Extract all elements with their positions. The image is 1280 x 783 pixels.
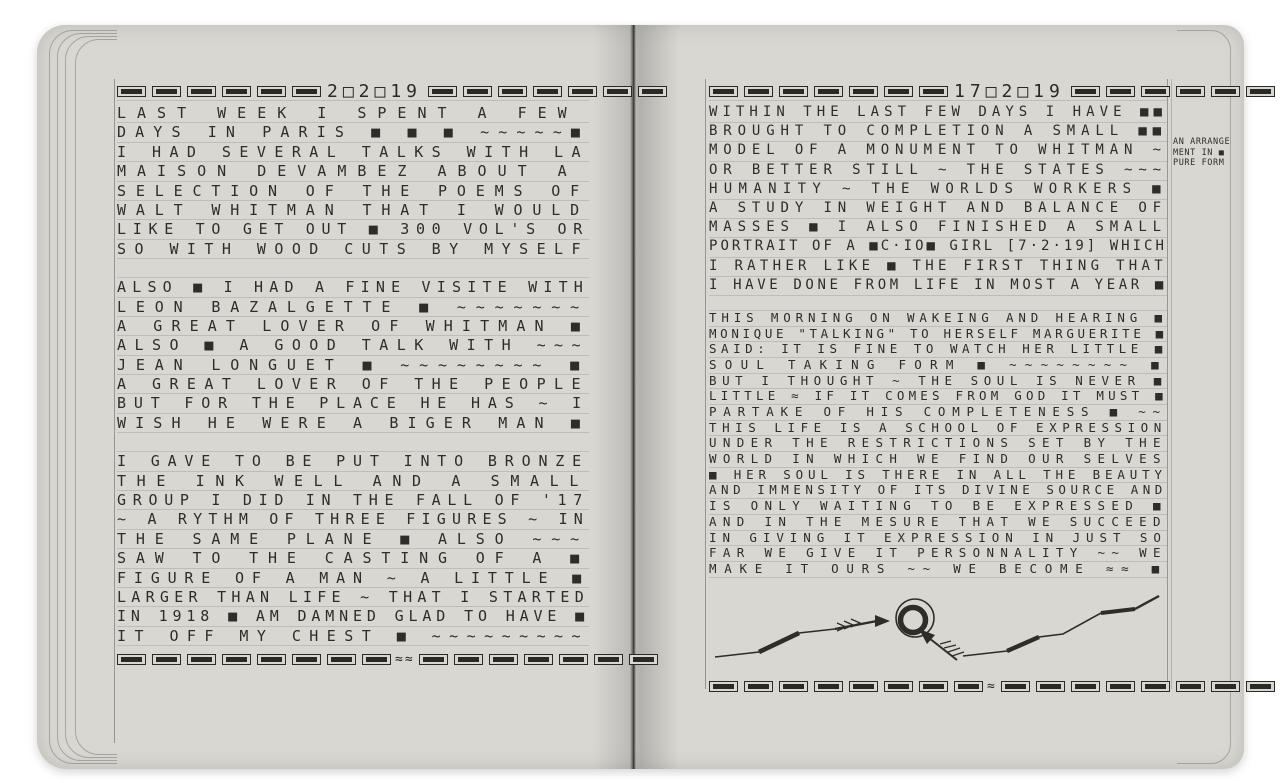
left-page-margin-line: [114, 79, 115, 743]
handwritten-line: SOUL TAKING FORM ■ ~~~~~~~~ ■: [709, 358, 1167, 374]
ornament-block: [1246, 681, 1275, 692]
zigzag-ornament: ≈≈: [391, 652, 419, 667]
handwritten-line: MASSES ■ I ALSO FINISHED A SMALL: [709, 219, 1167, 238]
handwritten-line: AND IN THE MESURE THAT WE SUCCEED: [709, 515, 1167, 531]
ornament-block: [362, 654, 391, 665]
ornament-block: [257, 654, 286, 665]
ornament-block: [559, 654, 588, 665]
handwritten-line: AND IMMENSITY OF ITS DIVINE SOURCE AND: [709, 483, 1167, 499]
ornament-block: [428, 86, 457, 97]
ornament-blocks: [117, 86, 321, 97]
ornament-block: [1246, 86, 1275, 97]
ornament-block: [884, 86, 913, 97]
ornament-block: [1106, 86, 1135, 97]
handwritten-line: THE SAME PLANE ■ ALSO ~~~: [117, 530, 589, 549]
margin-note: AN ARRANGE MENT IN ■ PURE FORM: [1173, 137, 1273, 169]
handwritten-line: UNDER THE RESTRICTIONS SET BY THE: [709, 436, 1167, 452]
ornament-block: [419, 654, 448, 665]
ornament-block: [638, 86, 667, 97]
ornament-block: [498, 86, 527, 97]
ornament-block: [463, 86, 492, 97]
ornament-block: [1176, 86, 1205, 97]
ornament-block: [1071, 681, 1100, 692]
ornament-block: [814, 86, 843, 97]
right-paragraph-2: THIS MORNING ON WAKEING AND HEARING ■MON…: [709, 311, 1167, 578]
handwritten-line: WALT WHITMAN THAT I WOULD: [117, 201, 589, 220]
handwritten-line: ~ A RYTHM OF THREE FIGURES ~ IN: [117, 510, 589, 529]
ornament-block: [709, 86, 738, 97]
handwritten-line: MAKE IT OURS ~~ WE BECOME ≈≈ ■: [709, 562, 1167, 578]
handwritten-line: I HAVE DONE FROM LIFE IN MOST A YEAR ■: [709, 277, 1167, 296]
scanned-journal-photo: 2□2□19 LAST WEEK I SPENT A FEWDAYS IN PA…: [0, 0, 1280, 783]
ornament-block: [257, 86, 286, 97]
handwritten-line: IN 1918 ■ AM DAMNED GLAD TO HAVE ■: [117, 607, 589, 626]
left-header-ornament-row: 2□2□19: [117, 83, 589, 101]
ornament-blocks: [1071, 86, 1280, 97]
ornament-block: [152, 654, 181, 665]
handwritten-line: ALSO ■ A GOOD TALK WITH ~~~: [117, 336, 589, 355]
handwritten-line: OR BETTER STILL ~ THE STATES ~~~: [709, 162, 1167, 181]
ornament-blocks: [428, 86, 667, 97]
handwritten-line: A GREAT LOVER OF THE PEOPLE: [117, 375, 589, 394]
handwritten-line: DAYS IN PARIS ■ ■ ■ ~~~~~■: [117, 123, 589, 142]
ornament-block: [779, 86, 808, 97]
handwritten-line: MODEL OF A MONUMENT TO WHITMAN ~: [709, 142, 1167, 161]
handwritten-line: I RATHER LIKE ■ THE FIRST THING THAT: [709, 258, 1167, 277]
ornament-blocks: [1001, 681, 1275, 692]
right-page-content: 17□2□19 WITHIN THE LAST FEW DAYS I HAVE …: [709, 82, 1167, 698]
handwritten-line: I GAVE TO BE PUT INTO BRONZE: [117, 452, 589, 471]
ornament-block: [849, 681, 878, 692]
ornament-block: [1176, 681, 1205, 692]
handwritten-line: JEAN LONGUET ■ ~~~~~~~~ ■: [117, 356, 589, 375]
ornament-block: [919, 681, 948, 692]
ornament-block: [629, 654, 658, 665]
ornament-block: [489, 654, 518, 665]
handwritten-line: SO WITH WOOD CUTS BY MYSELF: [117, 240, 589, 259]
handwritten-line: MAISON DEVAMBEZ ABOUT A: [117, 162, 589, 181]
handwritten-line: LIKE TO GET OUT ■ 300 VOL'S OR: [117, 220, 589, 239]
left-footer-ornament-row: ≈≈: [117, 651, 589, 668]
ornament-block: [222, 654, 251, 665]
handwritten-line: GROUP I DID IN THE FALL OF '17: [117, 491, 589, 510]
ornament-block: [1211, 681, 1240, 692]
handwritten-line: BUT FOR THE PLACE HE HAS ~ I: [117, 394, 589, 413]
handwritten-line: PARTAKE OF HIS COMPLETENESS ■ ~~: [709, 405, 1167, 421]
ornament-blocks: [709, 86, 948, 97]
ornament-block: [954, 681, 983, 692]
ornament-block: [1106, 681, 1135, 692]
blank-ruled-line: [117, 433, 589, 452]
left-page-date: 2□2□19: [321, 81, 428, 102]
ornament-block: [568, 86, 597, 97]
margin-note-line: AN ARRANGE: [1173, 137, 1273, 148]
ornament-block: [779, 681, 808, 692]
ornament-block: [187, 86, 216, 97]
right-header-ornament-row: 17□2□19: [709, 83, 1167, 101]
ornament-block: [524, 654, 553, 665]
left-paragraph-1: LAST WEEK I SPENT A FEWDAYS IN PARIS ■ ■…: [117, 104, 589, 259]
ornament-block: [1001, 681, 1030, 692]
handwritten-line: THE INK WELL AND A SMALL: [117, 472, 589, 491]
ornament-block: [709, 681, 738, 692]
handwritten-line: WORLD IN WHICH WE FIND OUR SELVES: [709, 452, 1167, 468]
ink-drawing-arrow-ring: [709, 581, 1167, 673]
handwritten-line: A STUDY IN WEIGHT AND BALANCE OF: [709, 200, 1167, 219]
ornament-block: [1036, 681, 1065, 692]
handwritten-line: MONIQUE "TALKING" TO HERSELF MARGUERITE …: [709, 327, 1167, 343]
ornament-block: [117, 86, 146, 97]
handwritten-line: BUT I THOUGHT ~ THE SOUL IS NEVER ■: [709, 374, 1167, 390]
handwritten-line: LEON BAZALGETTE ■ ~~~~~~~: [117, 298, 589, 317]
handwritten-line: WITHIN THE LAST FEW DAYS I HAVE ■■: [709, 104, 1167, 123]
handwritten-line: ALSO ■ I HAD A FINE VISITE WITH: [117, 278, 589, 297]
handwritten-line: FAR WE GIVE IT PERSONNALITY ~~ WE: [709, 546, 1167, 562]
page-edge-stack-left: [43, 28, 117, 766]
right-page-rule-end-line-2: [1171, 79, 1172, 689]
handwritten-line: LAST WEEK I SPENT A FEW: [117, 104, 589, 123]
ornament-blocks: [709, 681, 983, 692]
ornament-block: [454, 654, 483, 665]
ornament-block: [327, 654, 356, 665]
handwritten-line: IS ONLY WAITING TO BE EXPRESSED ■: [709, 499, 1167, 515]
ornament-blocks: [419, 654, 658, 665]
arrow-ring-sketch: [709, 581, 1167, 673]
ornament-block: [919, 86, 948, 97]
handwritten-line: SAID: IT IS FINE TO WATCH HER LITTLE ■: [709, 342, 1167, 358]
open-notebook: 2□2□19 LAST WEEK I SPENT A FEWDAYS IN PA…: [37, 25, 1244, 769]
ornament-block: [533, 86, 562, 97]
ornament-block: [744, 86, 773, 97]
handwritten-line: PORTRAIT OF A ■C·IO■ GIRL [7·2·19] WHICH: [709, 238, 1167, 257]
ornament-block: [117, 654, 146, 665]
handwritten-line: THIS MORNING ON WAKEING AND HEARING ■: [709, 311, 1167, 327]
ornament-block: [1141, 86, 1170, 97]
right-paragraph-1: WITHIN THE LAST FEW DAYS I HAVE ■■BROUGH…: [709, 104, 1167, 296]
ornament-blocks: [117, 654, 391, 665]
ornament-block: [603, 86, 632, 97]
ornament-block: [744, 681, 773, 692]
ornament-block: [222, 86, 251, 97]
ornament-block: [292, 654, 321, 665]
margin-note-line: MENT IN ■: [1173, 148, 1273, 159]
right-footer-ornament-row: ≈: [709, 678, 1167, 695]
ornament-block: [849, 86, 878, 97]
handwritten-line: WISH HE WERE A BIGER MAN ■: [117, 414, 589, 433]
right-page-rule-end-line: [1167, 79, 1168, 689]
right-page-date: 17□2□19: [948, 81, 1071, 102]
ornament-block: [1211, 86, 1240, 97]
handwritten-line: I HAD SEVERAL TALKS WITH LA: [117, 143, 589, 162]
left-page-content: 2□2□19 LAST WEEK I SPENT A FEWDAYS IN PA…: [117, 82, 589, 671]
right-page-margin-line: [705, 79, 706, 689]
margin-note-line: PURE FORM: [1173, 158, 1273, 169]
ornament-block: [1071, 86, 1100, 97]
left-paragraph-2: ALSO ■ I HAD A FINE VISITE WITHLEON BAZA…: [117, 278, 589, 433]
ornament-block: [1141, 681, 1170, 692]
ornament-block: [594, 654, 623, 665]
handwritten-line: SAW TO THE CASTING OF A ■: [117, 549, 589, 568]
handwritten-line: IT OFF MY CHEST ■ ~~~~~~~~~: [117, 627, 589, 646]
handwritten-line: SELECTION OF THE POEMS OF: [117, 182, 589, 201]
handwritten-line: ■ HER SOUL IS THERE IN ALL THE BEAUTY: [709, 468, 1167, 484]
handwritten-line: LITTLE ≈ IF IT COMES FROM GOD IT MUST ■: [709, 389, 1167, 405]
ornament-block: [884, 681, 913, 692]
handwritten-line: IN GIVING IT EXPRESSION IN JUST SO: [709, 531, 1167, 547]
ornament-block: [814, 681, 843, 692]
handwritten-line: HUMANITY ~ THE WORLDS WORKERS ■: [709, 181, 1167, 200]
blank-ruled-line: [709, 296, 1167, 311]
handwritten-line: FIGURE OF A MAN ~ A LITTLE ■: [117, 569, 589, 588]
handwritten-line: BROUGHT TO COMPLETION A SMALL ■■: [709, 123, 1167, 142]
ornament-block: [292, 86, 321, 97]
blank-ruled-line: [117, 259, 589, 278]
zigzag-ornament: ≈: [983, 679, 1001, 694]
ornament-block: [152, 86, 181, 97]
handwritten-line: A GREAT LOVER OF WHITMAN ■: [117, 317, 589, 336]
left-paragraph-3: I GAVE TO BE PUT INTO BRONZETHE INK WELL…: [117, 452, 589, 646]
handwritten-line: THIS LIFE IS A SCHOOL OF EXPRESSION: [709, 421, 1167, 437]
ornament-block: [187, 654, 216, 665]
handwritten-line: LARGER THAN LIFE ~ THAT I STARTED: [117, 588, 589, 607]
